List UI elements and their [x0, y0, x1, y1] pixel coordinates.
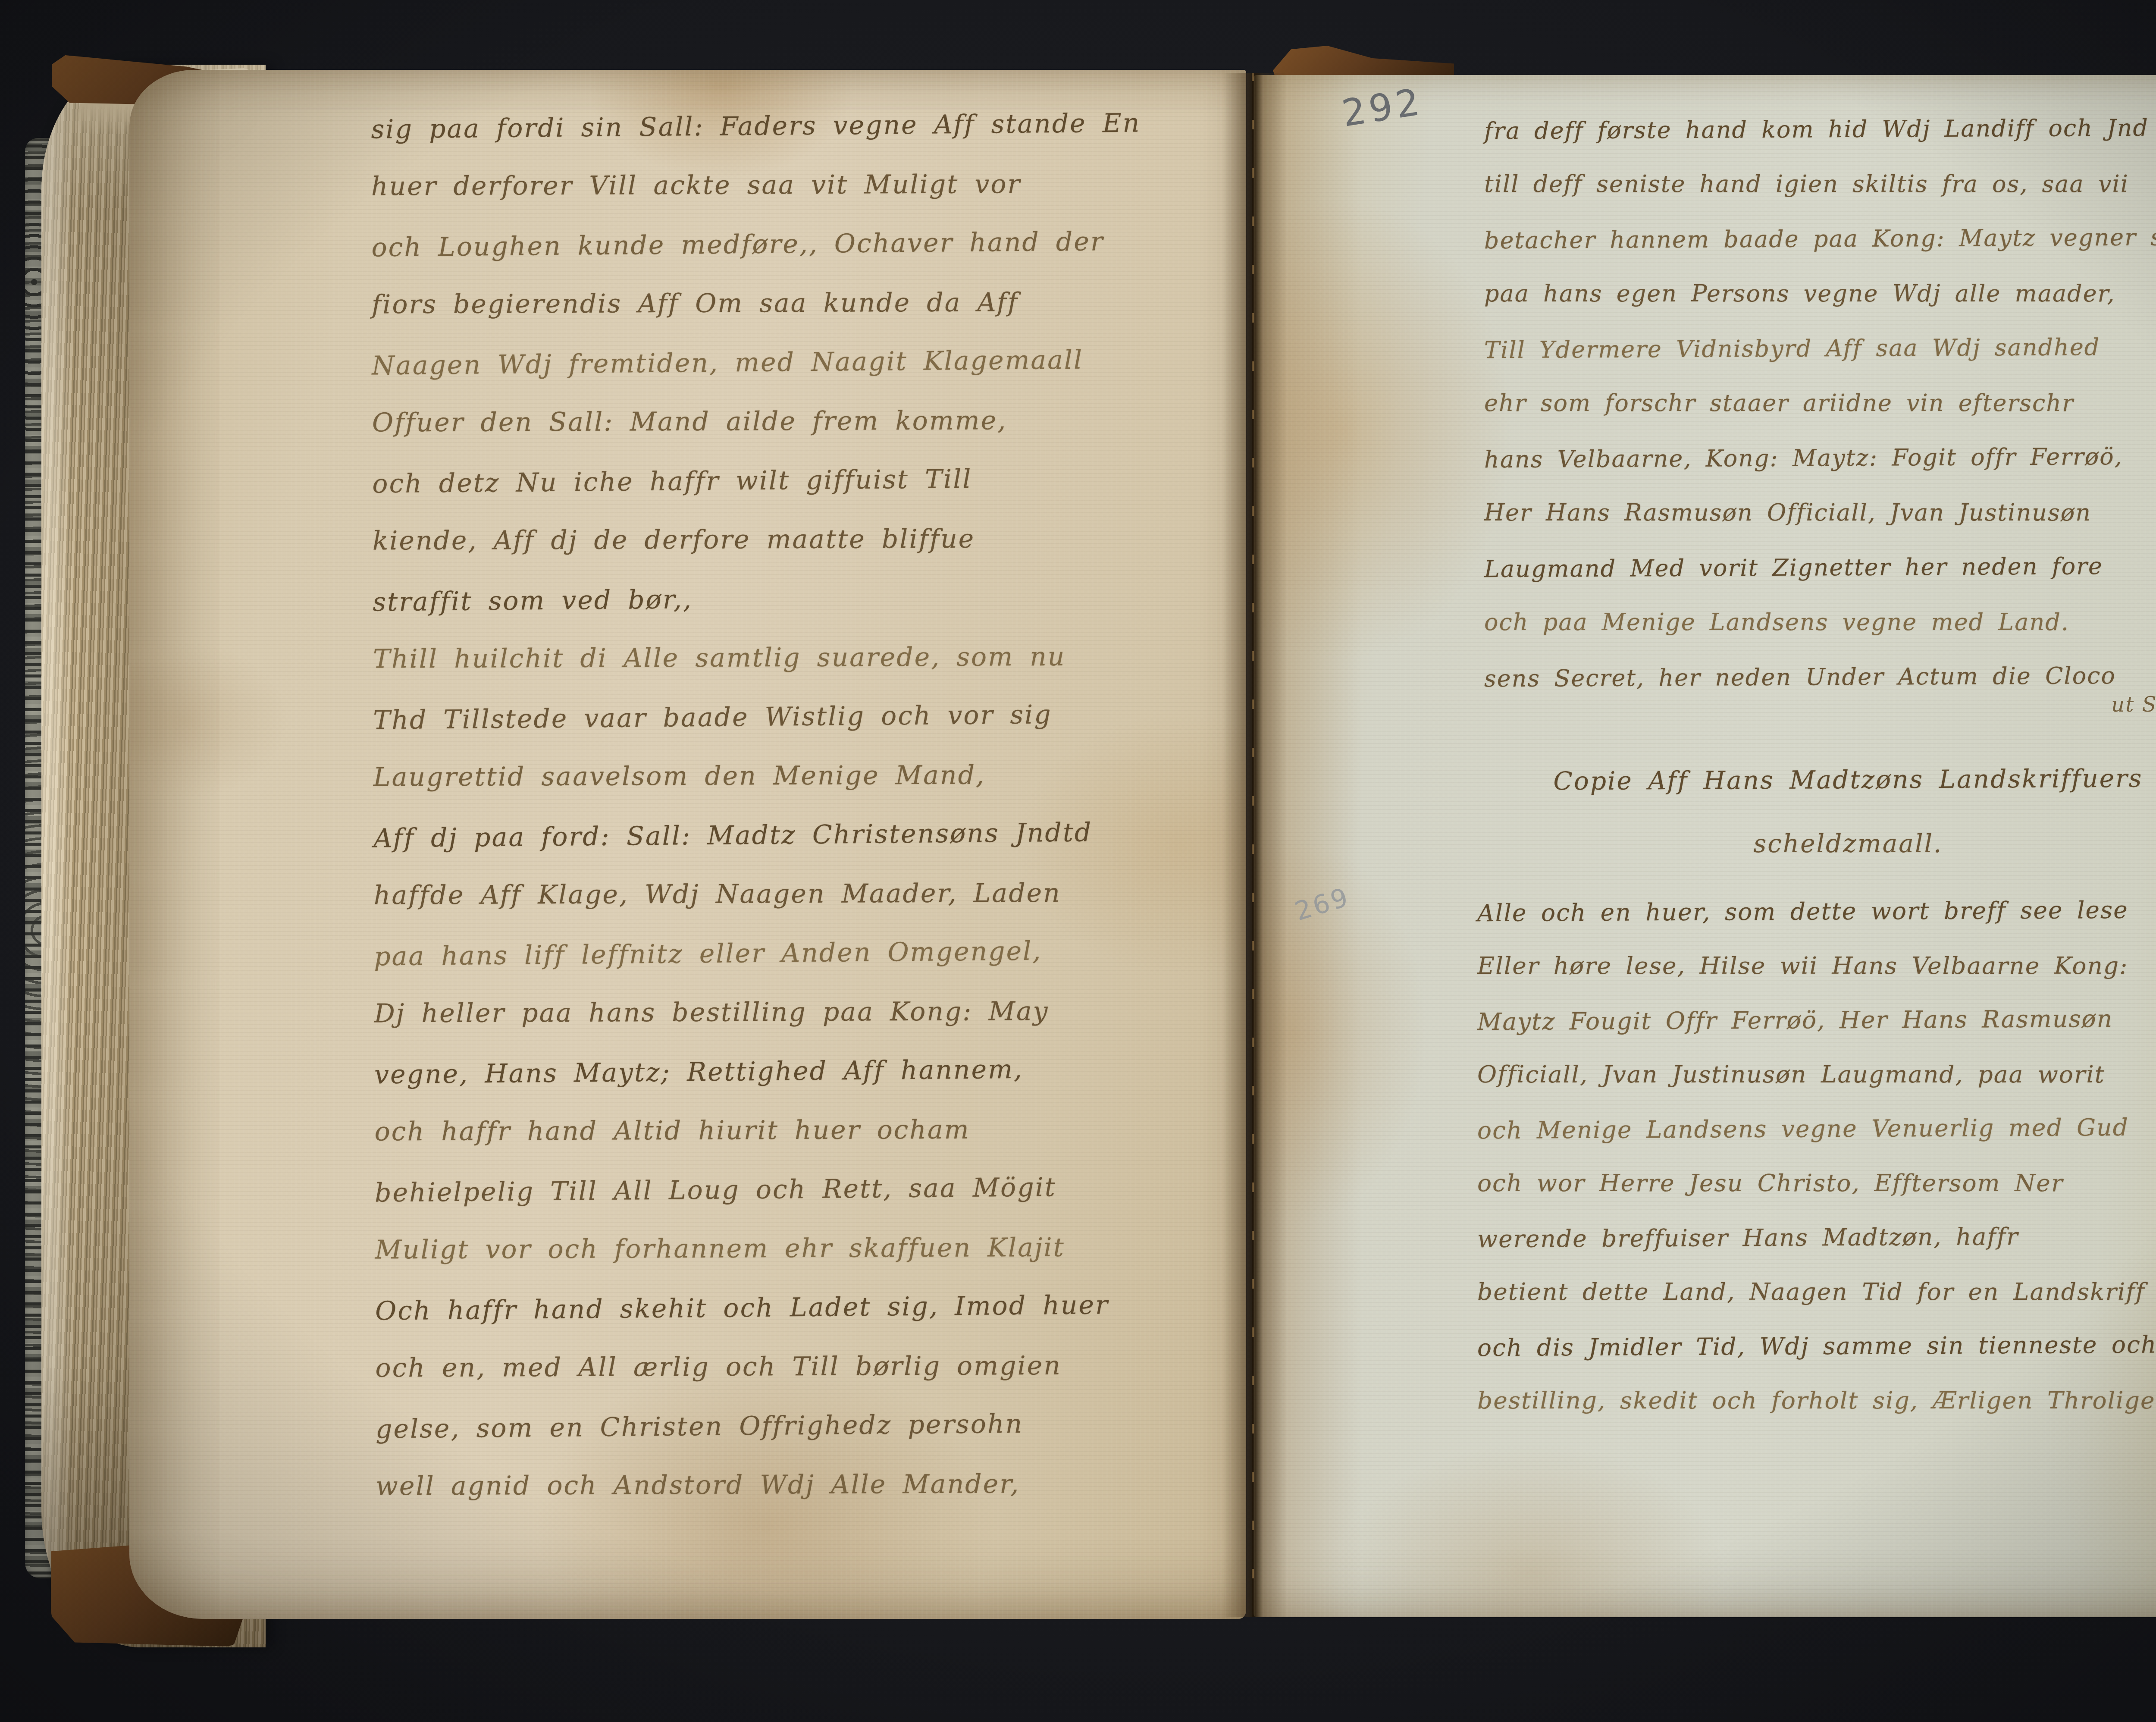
copy-heading: Copie Aff Hans Madtzøns Landskriffuerssc…	[1438, 748, 2156, 875]
handwriting-line: Offuer den Sall: Mand ailde frem komme,	[372, 390, 1239, 452]
handwriting-line: och haffr hand Altid hiurit huer ocham	[374, 1099, 1241, 1161]
handwriting-line: bestilling, skedit och forholt sig, Ærli…	[1477, 1373, 2156, 1427]
handwriting-line: Thill huilchit di Alle samtlig suarede, …	[373, 627, 1240, 689]
handwriting-line: ehr som forschr staaer ariidne vin efter…	[1484, 376, 2156, 430]
handwriting-line: Officiall, Jvan Justinusøn Laugmand, paa…	[1477, 1047, 2156, 1101]
right-page-paragraph-1: fra deff første hand kom hid Wdj Landiff…	[1484, 102, 2156, 704]
handwriting-line: Laugrettid saavelsom den Menige Mand,	[373, 745, 1240, 807]
binding-stitch-line	[1252, 73, 1254, 1617]
handwriting-line: paa hans liff leffnitz eller Anden Omgen…	[374, 920, 1241, 987]
heading-line: scheldzmaall.	[1438, 812, 2156, 875]
handwriting-line: hans Velbaarne, Kong: Maytz: Fogit offr …	[1484, 429, 2156, 487]
handwriting-line: betacher hannem baade paa Kong: Maytz ve…	[1484, 210, 2156, 268]
handwriting-line: Eller høre lese, Hilse wii Hans Velbaarn…	[1477, 938, 2156, 993]
manuscript-photo: sig paa fordi sin Sall: Faders vegne Aff…	[0, 0, 2156, 1722]
handwriting-line: och Menige Landsens vegne Venuerlig med …	[1477, 1100, 2156, 1158]
handwriting-line: betient dette Land, Naagen Tid for en La…	[1477, 1264, 2156, 1319]
handwriting-line: Och haffr hand skehit och Ladet sig, Imo…	[375, 1275, 1242, 1341]
ut-supra-note: ut Supra:	[1484, 693, 2156, 717]
right-page-paragraph-2: Alle och en huer, som dette wort breff s…	[1477, 884, 2156, 1427]
right-page: fra deff første hand kom hid Wdj Landiff…	[1253, 75, 2156, 1617]
handwriting-line: haffde Aff Klage, Wdj Naagen Maader, Lad…	[373, 863, 1240, 925]
handwriting-line: och detz Nu iche haffr wilt giffuist Til…	[372, 448, 1239, 514]
handwriting-line: vegne, Hans Maytz; Rettighed Aff hannem,	[374, 1038, 1241, 1105]
handwriting-line: Naagen Wdj fremtiden, med Naagit Klagema…	[372, 329, 1239, 396]
handwriting-line: paa hans egen Persons vegne Wdj alle maa…	[1484, 266, 2156, 321]
handwriting-line: Maytz Fougit Offr Ferrøö, Her Hans Rasmu…	[1477, 991, 2156, 1049]
handwriting-line: Aff dj paa ford: Sall: Madtz Christensøn…	[373, 802, 1241, 869]
handwriting-line: Laugmand Med vorit Zignetter her neden f…	[1484, 538, 2156, 596]
handwriting-line: sig paa fordi sin Sall: Faders vegne Aff…	[371, 93, 1238, 160]
handwriting-line: Alle och en huer, som dette wort breff s…	[1477, 882, 2156, 941]
handwriting-line: behielpelig Till All Loug och Rett, saa …	[375, 1157, 1242, 1223]
left-page: sig paa fordi sin Sall: Faders vegne Aff…	[129, 70, 1246, 1619]
handwriting-line: till deff seniste hand igien skiltis fra…	[1484, 157, 2156, 211]
heading-line: Copie Aff Hans Madtzøns Landskriffuers	[1438, 746, 2156, 813]
handwriting-line: gelse, som en Christen Offrighedz persoh…	[375, 1393, 1242, 1459]
handwriting-line: och Loughen kunde medføre,, Ochaver hand…	[371, 211, 1238, 278]
handwriting-line: Muligt vor och forhannem ehr skaffuen Kl…	[375, 1217, 1241, 1280]
handwriting-line: Dj heller paa hans bestilling paa Kong: …	[374, 981, 1241, 1043]
handwriting-line: Thd Tillstede vaar baade Wistlig och vor…	[373, 684, 1240, 750]
handwriting-line: werende breffuiser Hans Madtzøn, haffr	[1477, 1208, 2156, 1267]
handwriting-line: well agnid och Andstord Wdj Alle Mander,	[376, 1454, 1242, 1516]
handwriting-line: fiors begierendis Aff Om saa kunde da Af…	[372, 272, 1238, 334]
left-page-text-block: sig paa fordi sin Sall: Faders vegne Aff…	[371, 95, 1242, 1516]
handwriting-line: fra deff første hand kom hid Wdj Landiff…	[1484, 100, 2156, 158]
handwriting-line: och dis Jmidler Tid, Wdj samme sin tienn…	[1477, 1317, 2156, 1375]
handwriting-line: och paa Menige Landsens vegne med Land.	[1484, 595, 2156, 649]
handwriting-line: Till Ydermere Vidnisbyrd Aff saa Wdj san…	[1484, 319, 2156, 377]
handwriting-line: och wor Herre Jesu Christo, Efftersom Ne…	[1477, 1156, 2156, 1210]
handwriting-line: straffit som ved bør,,	[373, 566, 1240, 632]
handwriting-line: och en, med All ærlig och Till børlig om…	[375, 1336, 1242, 1398]
handwriting-line: huer derforer Vill ackte saa vit Muligt …	[371, 154, 1238, 216]
handwriting-line: Her Hans Rasmusøn Officiall, Jvan Justin…	[1484, 485, 2156, 540]
handwriting-line: kiende, Aff dj de derfore maatte bliffue	[373, 508, 1239, 571]
